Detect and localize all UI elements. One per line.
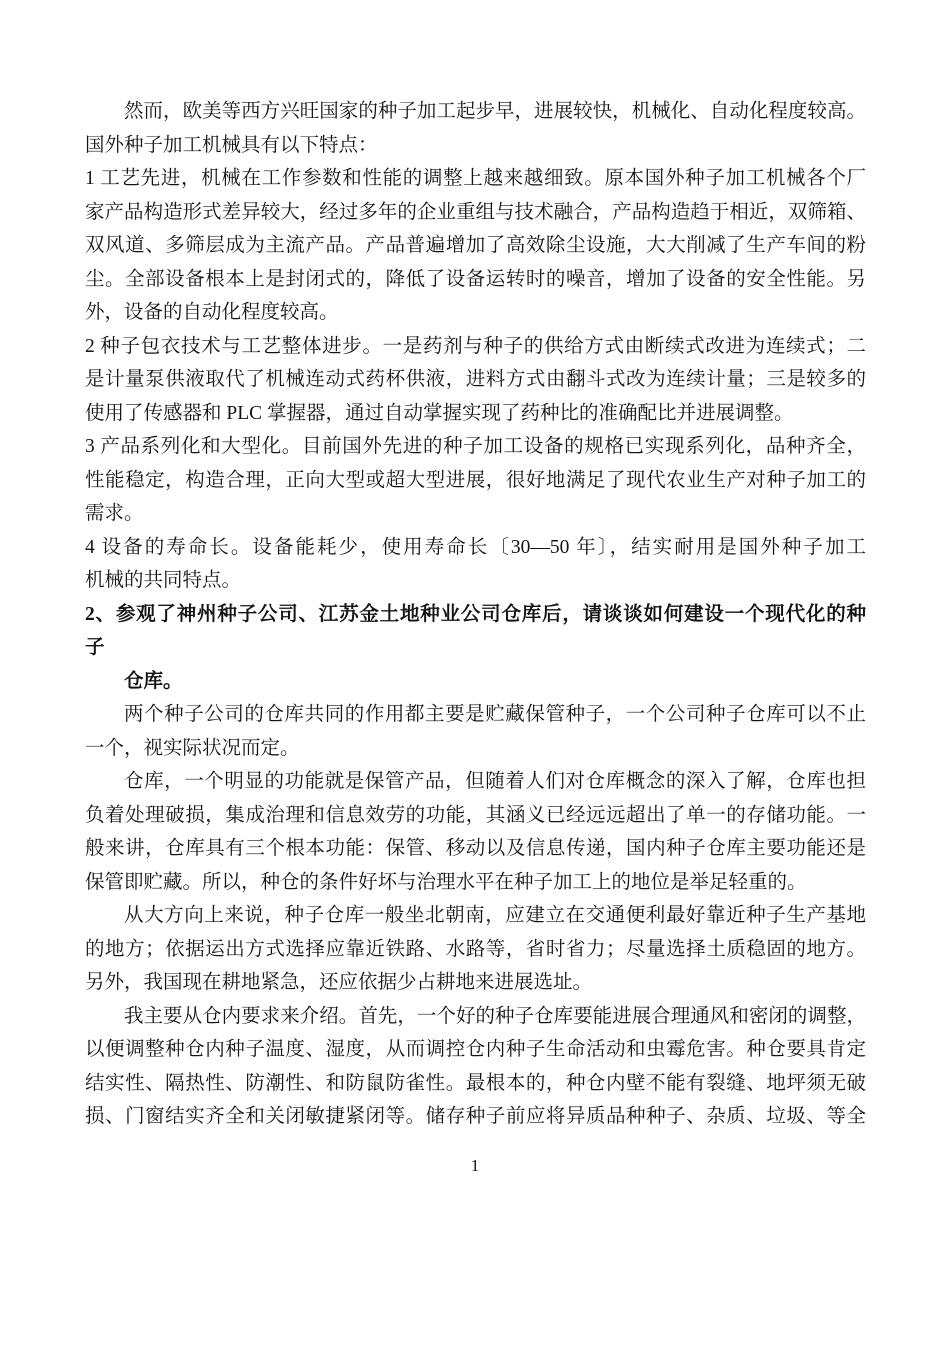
text-line: 需求。 <box>85 497 866 531</box>
text-line: 尘。全部设备根本上是封闭式的，降低了设备运转时的噪音，增加了设备的安全性能。另 <box>85 263 866 297</box>
answer-paragraph-3: 从大方向上来说，种子仓库一般坐北朝南，应建立在交通便利最好靠近种子生产基地 的地… <box>85 899 866 1000</box>
feature-item-4: 4 设备的寿命长。设备能耗少，使用寿命长〔30—50 年〕，结实耐用是国外种子加… <box>85 531 866 598</box>
text-line: 两个种子公司的仓库共同的作用都主要是贮藏保管种子，一个公司种子仓库可以不止 <box>85 698 866 732</box>
text-line: 双风道、多筛层成为主流产品。产品普遍增加了高效除尘设施，大大削减了生产车间的粉 <box>85 229 866 263</box>
text-line: 是计量泵供液取代了机械连动式药杯供液，进料方式由翻斗式改为连续计量；三是较多的 <box>85 363 866 397</box>
text-line: 另外，我国现在耕地紧急，还应依据少占耕地来进展选址。 <box>85 966 866 1000</box>
text-line: 仓库，一个明显的功能就是保管产品，但随着人们对仓库概念的深入了解，仓库也担 <box>85 765 866 799</box>
text-line: 损、门窗结实齐全和关闭敏捷紧闭等。储存种子前应将异质品种种子、杂质、垃圾、等全 <box>85 1100 866 1134</box>
text-line: 性能稳定，构造合理，正向大型或超大型进展，很好地满足了现代农业生产对种子加工的 <box>85 464 866 498</box>
text-line: 1 工艺先进，机械在工作参数和性能的调整上越来越细致。原本国外种子加工机械各个厂 <box>85 162 866 196</box>
document-page: 然而，欧美等西方兴旺国家的种子加工起步早，进展较快，机械化、自动化程度较高。 国… <box>0 0 950 1345</box>
text-line: 我主要从仓内要求来介绍。首先，一个好的种子仓库要能进展合理通风和密闭的调整， <box>85 1000 866 1034</box>
feature-item-2: 2 种子包衣技术与工艺整体进步。一是药剂与种子的供给方式由断续式改进为连续式；二… <box>85 330 866 431</box>
text-line: 从大方向上来说，种子仓库一般坐北朝南，应建立在交通便利最好靠近种子生产基地 <box>85 899 866 933</box>
text-line: 机械的共同特点。 <box>85 564 866 598</box>
text-line: 3 产品系列化和大型化。目前国外先进的种子加工设备的规格已实现系列化，品种齐全， <box>85 430 866 464</box>
heading-line: 仓库。 <box>85 665 866 699</box>
page-number: 1 <box>0 1156 950 1176</box>
text-line: 负着处理破损，集成治理和信息效劳的功能，其涵义已经远远超出了单一的存储功能。一 <box>85 799 866 833</box>
text-line: 4 设备的寿命长。设备能耗少，使用寿命长〔30—50 年〕，结实耐用是国外种子加… <box>85 531 866 565</box>
answer-paragraph-4: 我主要从仓内要求来介绍。首先，一个好的种子仓库要能进展合理通风和密闭的调整， 以… <box>85 1000 866 1134</box>
question-2-heading: 2、参观了神州种子公司、江苏金土地种业公司仓库后，请谈谈如何建设一个现代化的种 … <box>85 598 866 699</box>
text-line: 一个，视实际状况而定。 <box>85 732 866 766</box>
text-line: 国外种子加工机械具有以下特点： <box>85 129 866 163</box>
text-line: 2 种子包衣技术与工艺整体进步。一是药剂与种子的供给方式由断续式改进为连续式；二 <box>85 330 866 364</box>
document-text: 然而，欧美等西方兴旺国家的种子加工起步早，进展较快，机械化、自动化程度较高。 国… <box>85 95 866 1134</box>
text-line: 使用了传感器和 PLC 掌握器，通过自动掌握实现了药种比的准确配比并进展调整。 <box>85 397 866 431</box>
text-line: 家产品构造形式差异较大，经过多年的企业重组与技术融合，产品构造趋于相近，双筛箱、 <box>85 196 866 230</box>
text-line: 结实性、隔热性、防潮性、和防鼠防雀性。最根本的，种仓内壁不能有裂缝、地坪须无破 <box>85 1067 866 1101</box>
feature-item-3: 3 产品系列化和大型化。目前国外先进的种子加工设备的规格已实现系列化，品种齐全，… <box>85 430 866 531</box>
answer-paragraph-1: 两个种子公司的仓库共同的作用都主要是贮藏保管种子，一个公司种子仓库可以不止 一个… <box>85 698 866 765</box>
feature-item-1: 1 工艺先进，机械在工作参数和性能的调整上越来越细致。原本国外种子加工机械各个厂… <box>85 162 866 330</box>
text-line: 外，设备的自动化程度较高。 <box>85 296 866 330</box>
text-line: 般来讲，仓库具有三个根本功能：保管、移动以及信息传递，国内种子仓库主要功能还是 <box>85 832 866 866</box>
answer-paragraph-2: 仓库，一个明显的功能就是保管产品，但随着人们对仓库概念的深入了解，仓库也担 负着… <box>85 765 866 899</box>
heading-line: 2、参观了神州种子公司、江苏金土地种业公司仓库后，请谈谈如何建设一个现代化的种 … <box>85 598 866 665</box>
text-line: 的地方；依据运出方式选择应靠近铁路、水路等，省时省力；尽量选择土质稳固的地方。 <box>85 933 866 967</box>
text-line: 以便调整种仓内种子温度、湿度，从而调控仓内种子生命活动和虫霉危害。种仓要具肯定 <box>85 1033 866 1067</box>
text-line: 然而，欧美等西方兴旺国家的种子加工起步早，进展较快，机械化、自动化程度较高。 <box>85 95 866 129</box>
paragraph-intro: 然而，欧美等西方兴旺国家的种子加工起步早，进展较快，机械化、自动化程度较高。 国… <box>85 95 866 162</box>
text-line: 保管即贮藏。所以，种仓的条件好坏与治理水平在种子加工上的地位是举足轻重的。 <box>85 866 866 900</box>
